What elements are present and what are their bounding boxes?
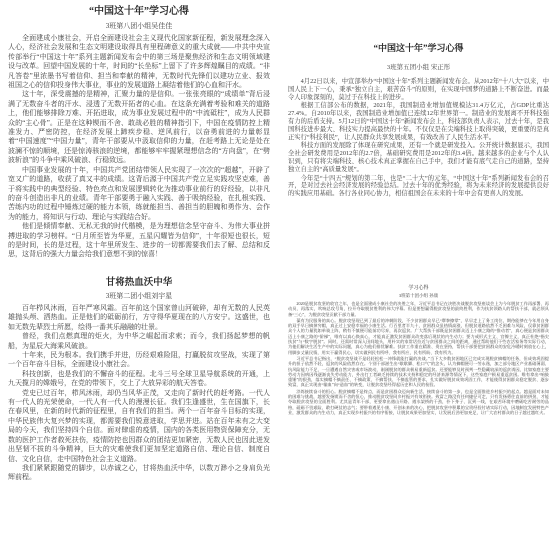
essay3-paragraph: 今年是“十四五”规划的第二年，也是“二十大”的元年，“中国这十年”系列新闻发布会… — [288, 175, 549, 198]
document-page-right: “中国这十年”学习心得 3班第五团小组 宋正彤 4月22日以来，中宣部举办“中国… — [288, 0, 549, 552]
document-page-left: “中国这十年”学习心得 3班第八团小组吴佳佳 全面建成小康社会，开启全面建设社会… — [8, 0, 270, 552]
essay-china-decade-wujiajia: “中国这十年”学习心得 3班第八团小组吴佳佳 全面建成小康社会，开启全面建设社会… — [8, 5, 270, 260]
essay4-paragraph: 习近平总书记指出，“脱贫攻坚战不是轻轻松松一冲锋就能打赢的决战。”当下大多数贫困… — [288, 356, 549, 388]
essay2-paragraph: 科技创新，也是我们的不懈奋斗的征程。北斗三号全球卫星导航系统的开通，上九天揽月的… — [8, 370, 270, 389]
essay3-byline: 3班第五团小组 宋正彤 — [288, 63, 549, 72]
essay1-paragraph: 这十年，深受震撼的是精神，汇聚力量的是信仰。一张张亮眼的“成绩单”背后浸满了无数… — [8, 90, 270, 165]
essay1-byline: 3班第八团小组吴佳佳 — [8, 22, 270, 31]
essay4-byline: 3班第十团小组 孙康 — [288, 293, 549, 299]
essay3-paragraph: 4月22日以来，中宣部举办“中国这十年”系列主题新闻发布会。从2012年“十八大… — [288, 78, 549, 101]
essay2-paragraph: 百年栉风沐雨，百年严寒风霜。百年前这个国家曾山河破碎，却有无数的人民英雄抛头颅、… — [8, 304, 270, 332]
essay1-title: “中国这十年”学习心得 — [8, 5, 270, 18]
essay4-title: 学习心得 — [288, 285, 549, 292]
essay3-paragraph: 科技方面的发展除了体现在研究成果，还有一个就是研发投入。公开统计数据显示，我国全… — [288, 142, 549, 173]
essay-china-decade-songzhengtong: “中国这十年”学习心得 3班第五团小组 宋正彤 4月22日以来，中宣部举办“中国… — [288, 42, 549, 199]
essay4-paragraph: 葆有为民服务的真心。脱贫攻坚现已到了最后的冲刺阶段，不少贫困群众早已“摩拳擦掌”… — [288, 318, 549, 355]
essay-xuexixinde-sunkang: 学习心得 3班第十团小组 孙康 2020是脱贫攻坚的收官之年，也是全面建成小康社… — [288, 285, 549, 416]
essay2-title: 甘将热血沃中华 — [8, 277, 270, 290]
essay1-paragraph: 全面建成小康社会，开启全面建设社会主义现代化国家新征程，新发展理念深入人心，经济… — [8, 34, 270, 90]
essay4-paragraph: 淬炼接续奋斗的恒心。脱贫摘帽不是终点，而是贫困群众迈向新生活、接续奋斗的第一步，… — [288, 389, 549, 415]
essay4-paragraph: 2020是脱贫攻坚的收官之年，也是全面建成小康社会的决胜之年，习近平总书记在决胜… — [288, 301, 549, 317]
essay-ganjiang-rexue: 甘将热血沃中华 3班第二团小组刘宇星 百年栉风沐雨，百年严寒风霜。百年前这个国家… — [8, 277, 270, 483]
essay3-title: “中国这十年”学习心得 — [288, 42, 549, 54]
essay2-paragraph: 曾经，我们点燃真理的炬火，为中华之崛起而求索；而今，我们扬起梦想的帆船，为星辰大… — [8, 332, 270, 351]
essay2-paragraph: 党史已过百年，栉风沐雨，却仍当风华正茂，又走向了新时代的赶考路。一代人有一代人的… — [8, 389, 270, 464]
essay2-paragraph: 十年来，民为根本。我们携手并进，历经艰难险阻，打赢脱贫攻坚战，实现了第一个百年奋… — [8, 351, 270, 370]
essay3-paragraph: 根据工信部公布的数据，2021年，我国制造业增加值规模达31.4万亿元，占GDP… — [288, 102, 549, 141]
essay2-paragraph: 我们紧紧跟随党的脚步，以赤诚之心，甘将热血沃中华，以数万渺小之身肩负光辉前程。 — [8, 464, 270, 483]
essay1-paragraph: 他们是倾情奉献、无私无我的时代楷模，是为理想信念坚守奋斗、为伟大事业拼搏进取的学… — [8, 222, 270, 260]
essay1-paragraph: 中国事业发展的十年，中国共产党团结带领人民实现了一次次的“超越”，开辟了宽又广的… — [8, 166, 270, 222]
essay2-byline: 3班第二团小组刘宇星 — [8, 292, 270, 301]
